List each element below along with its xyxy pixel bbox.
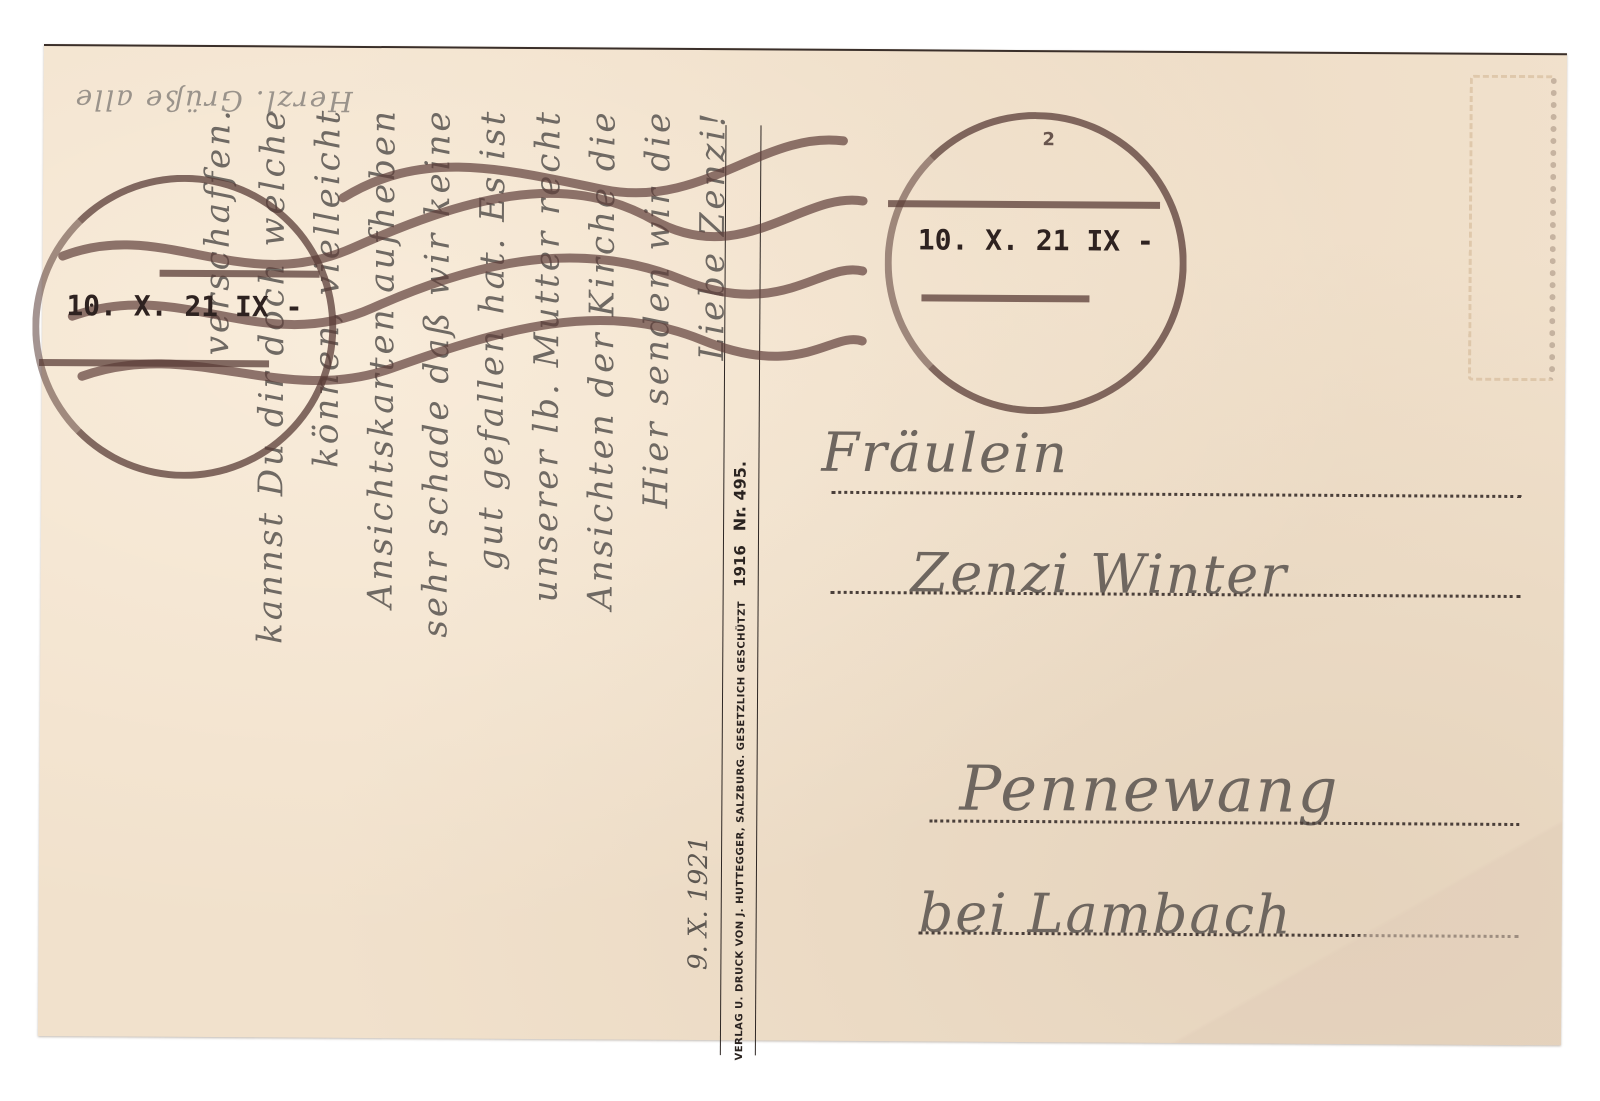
imprint-year: 1916 — [731, 545, 749, 587]
postcard: Herzl. Grüße alle Liebe Zenzi! Hier send… — [38, 44, 1567, 1045]
postmark-left: 10. X. 21 IX - — [31, 174, 337, 480]
address-dotted-line — [831, 491, 1521, 498]
address-line-name: Zenzi Winter — [911, 541, 1289, 606]
removed-stamp-outline — [1468, 75, 1557, 382]
imprint-number: Nr. 495. — [731, 460, 750, 530]
publisher-imprint: VERLAG U. DRUCK VON J. HUTTEGGER, SALZBU… — [724, 460, 754, 1060]
postmark-top-right: 10. X. 21 IX - 2 — [884, 111, 1188, 415]
corner-crease — [1141, 783, 1563, 1046]
publisher-name: VERLAG U. DRUCK VON J. HUTTEGGER, SALZBU… — [734, 600, 748, 1060]
message-date: 9. X. 1921 — [678, 750, 719, 970]
address-line-salutation: Fräulein — [821, 421, 1069, 486]
